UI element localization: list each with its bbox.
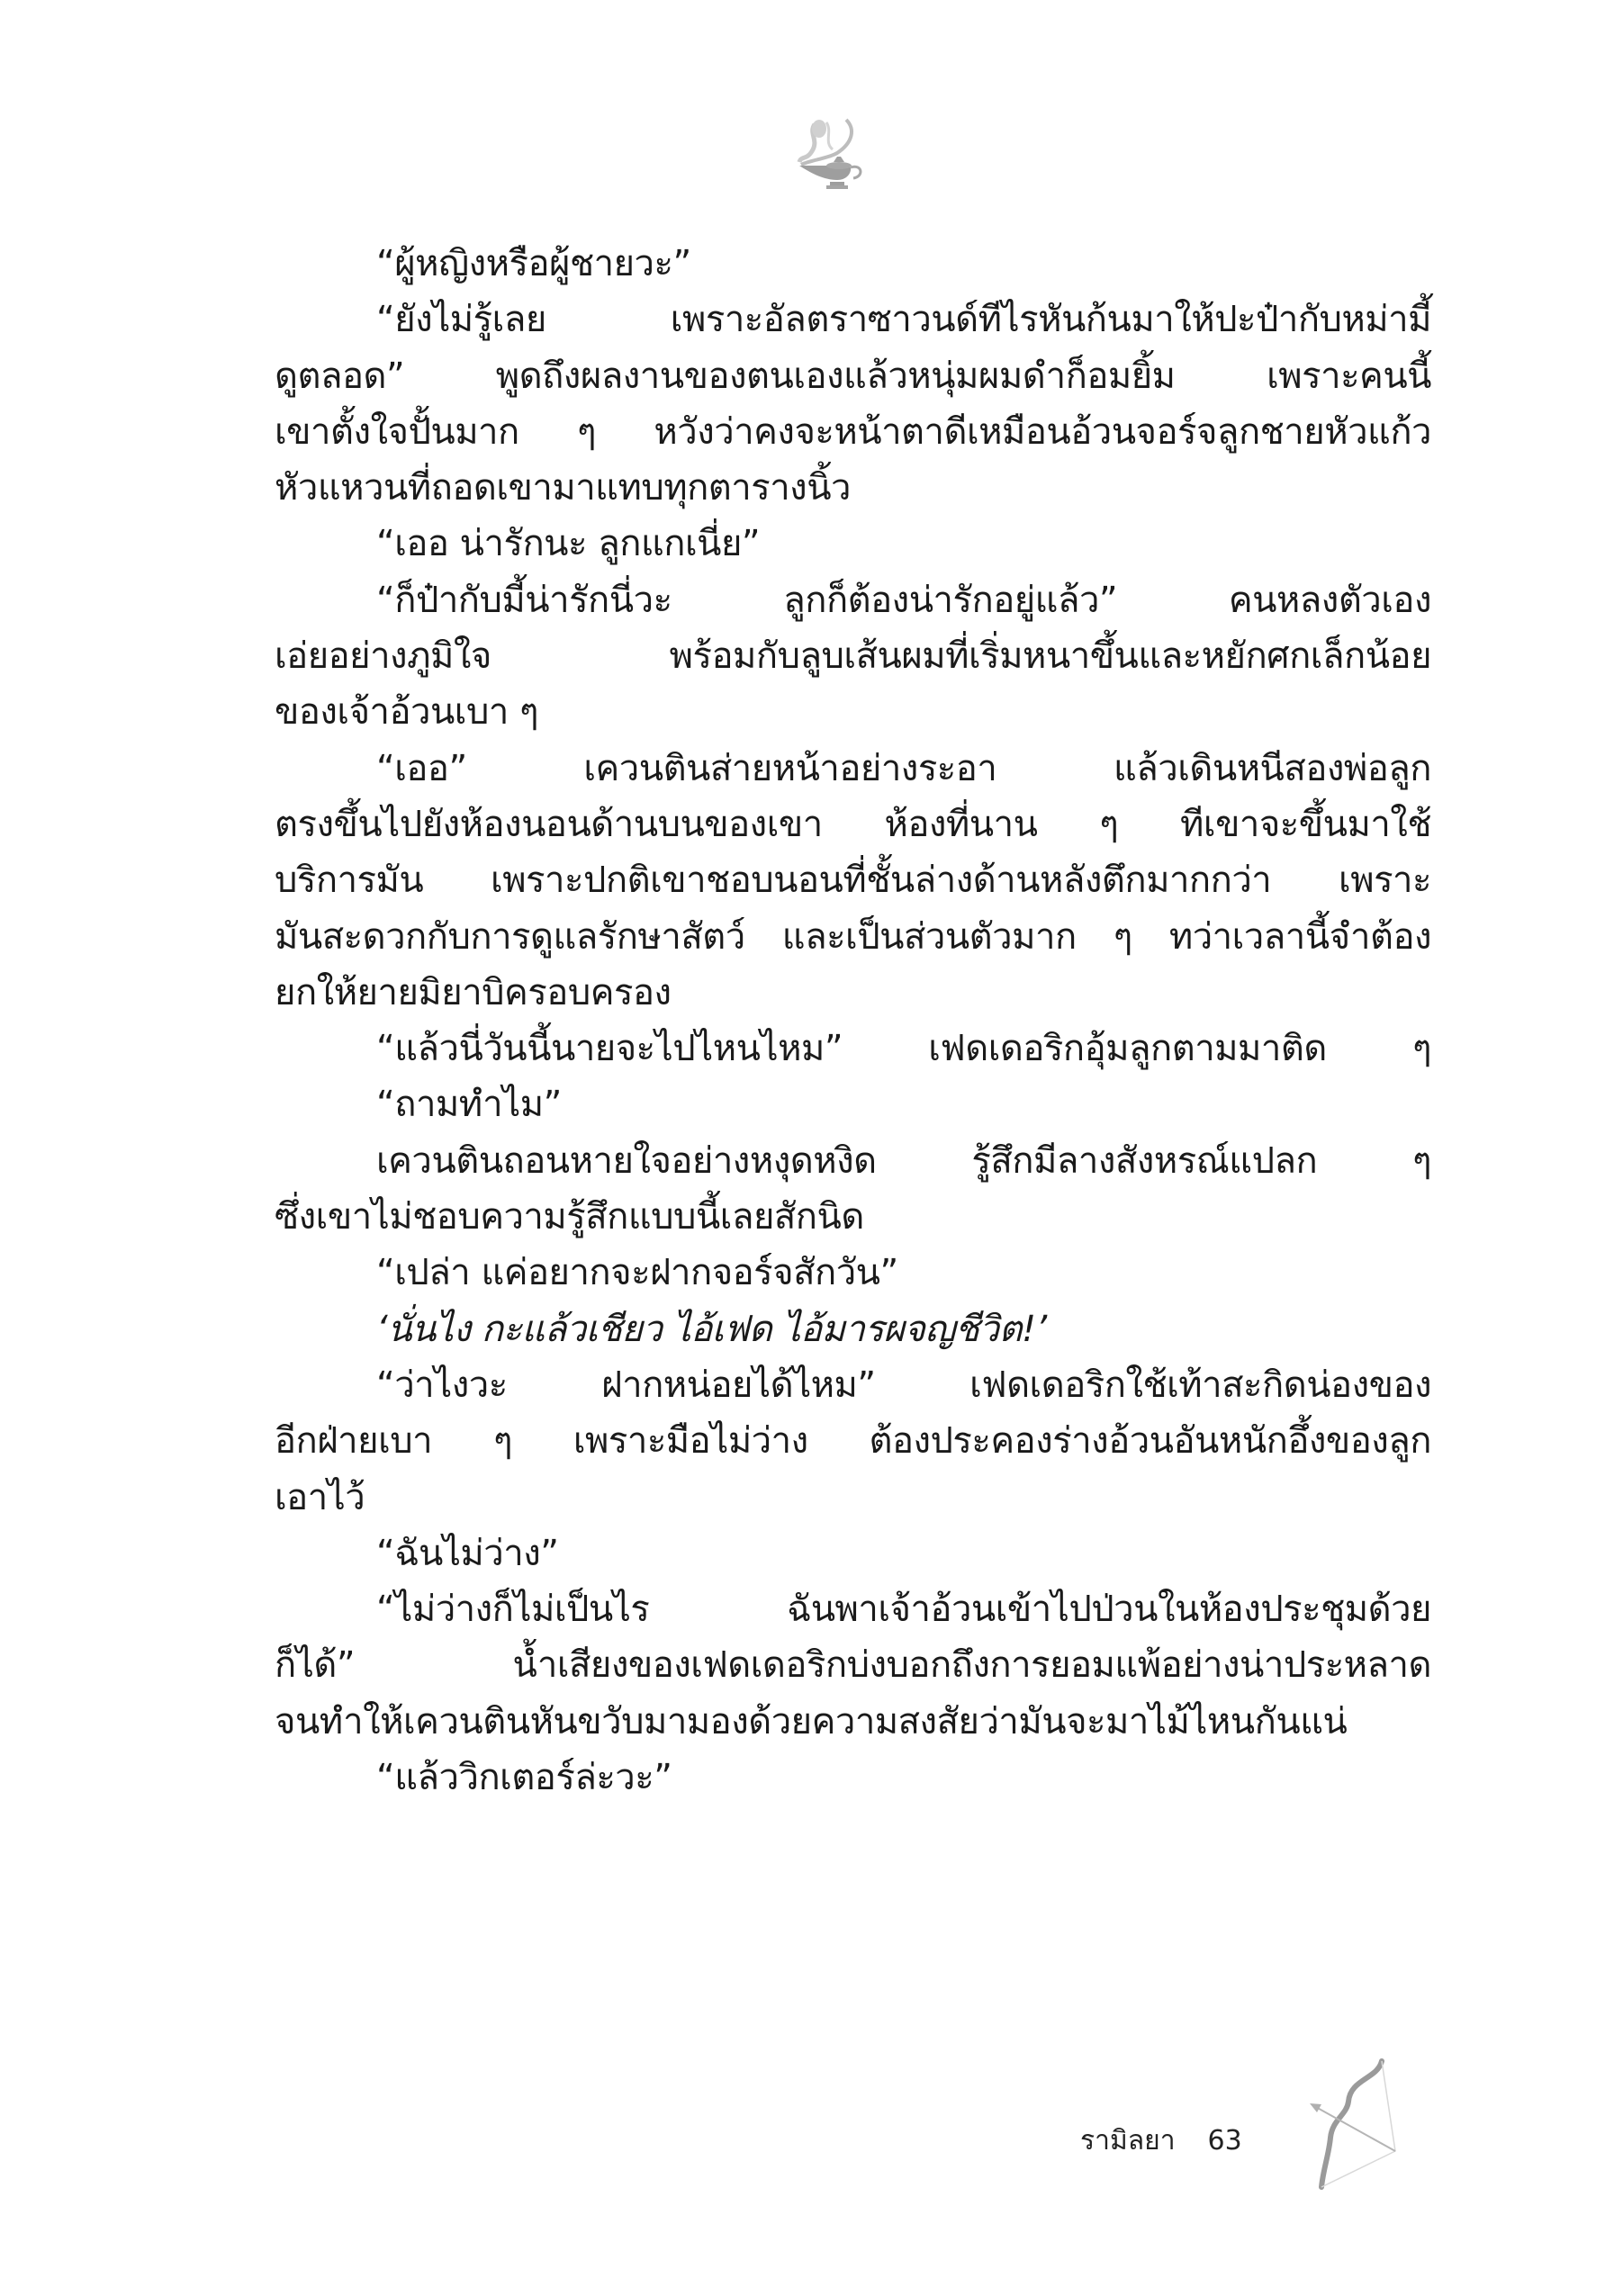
text-line: “แล้วนี่วันนี้นายจะไปไหนไหม” เฟดเดอริกอุ… bbox=[275, 1021, 1431, 1076]
text-line: บริการมัน เพราะปกติเขาชอบนอนที่ชั้นล่างด… bbox=[275, 852, 1431, 908]
text-line: ของเจ้าอ้วนเบา ๆ bbox=[275, 684, 1431, 740]
text-line: “ฉันไม่ว่าง” bbox=[275, 1526, 1431, 1581]
book-title: รามิลยา bbox=[1080, 2120, 1176, 2162]
page-body: “ผู้หญิงหรือผู้ชายวะ”“ยังไม่รู้เลย เพราะ… bbox=[275, 236, 1431, 1805]
text-line: “ยังไม่รู้เลย เพราะอัลตราซาวนด์ทีไรหันก้… bbox=[275, 292, 1431, 347]
text-line: อีกฝ่ายเบา ๆ เพราะมือไม่ว่าง ต้องประคองร… bbox=[275, 1413, 1431, 1469]
text-line: มันสะดวกกับการดูแลรักษาสัตว์ และเป็นส่วน… bbox=[275, 909, 1431, 965]
text-line: “ผู้หญิงหรือผู้ชายวะ” bbox=[275, 236, 1431, 292]
text-line: “ก็ป๋ากับมี้น่ารักนี่วะ ลูกก็ต้องน่ารักอ… bbox=[275, 572, 1431, 628]
text-line: “ว่าไงวะ ฝากหน่อยได้ไหม” เฟดเดอริกใช้เท้… bbox=[275, 1357, 1431, 1413]
text-line: เอ่ยอย่างภูมิใจ พร้อมกับลูบเส้นผมที่เริ่… bbox=[275, 628, 1431, 684]
text-line: “ถามทำไม” bbox=[275, 1076, 1431, 1132]
text-line: “เออ น่ารักนะ ลูกแกเนี่ย” bbox=[275, 516, 1431, 572]
text-line: “เปล่า แค่อยากจะฝากจอร์จสักวัน” bbox=[275, 1245, 1431, 1301]
text-line: “เออ” เควนตินส่ายหน้าอย่างระอา แล้วเดินห… bbox=[275, 741, 1431, 797]
text-line: จนทำให้เควนตินหันขวับมามองด้วยความสงสัยว… bbox=[275, 1694, 1431, 1750]
italic-thought-line: ‘นั่นไง กะแล้วเชียว ไอ้เฟด ไอ้มารผจญชีวิ… bbox=[275, 1301, 1431, 1357]
text-line: เขาตั้งใจปั้นมาก ๆ หวังว่าคงจะหน้าตาดีเห… bbox=[275, 404, 1431, 460]
text-line: ก็ได้” น้ำเสียงของเฟดเดอริกบ่งบอกถึงการย… bbox=[275, 1637, 1431, 1693]
text-line: “แล้ววิกเตอร์ล่ะวะ” bbox=[275, 1750, 1431, 1805]
text-line: เควนตินถอนหายใจอย่างหงุดหงิด รู้สึกมีลาง… bbox=[275, 1133, 1431, 1189]
text-line: ตรงขึ้นไปยังห้องนอนด้านบนของเขา ห้องที่น… bbox=[275, 797, 1431, 852]
text-line: หัวแหวนที่ถอดเขามาแทบทุกตารางนิ้ว bbox=[275, 460, 1431, 516]
text-line: ยกให้ยายมิยาบิครอบครอง bbox=[275, 965, 1431, 1021]
text-line: เอาไว้ bbox=[275, 1470, 1431, 1526]
page-footer: รามิลยา 63 bbox=[1080, 2113, 1242, 2167]
page-number: 63 bbox=[1208, 2125, 1242, 2156]
text-line: ซึ่งเขาไม่ชอบความรู้สึกแบบนี้เลยสักนิด bbox=[275, 1189, 1431, 1245]
genie-lamp-icon bbox=[783, 106, 873, 196]
text-line: ดูตลอด” พูดถึงผลงานของตนเองแล้วหนุ่มผมดำ… bbox=[275, 348, 1431, 404]
bow-and-arrow-icon bbox=[1287, 2052, 1404, 2196]
text-line: “ไม่ว่างก็ไม่เป็นไร ฉันพาเจ้าอ้วนเข้าไปป… bbox=[275, 1581, 1431, 1637]
